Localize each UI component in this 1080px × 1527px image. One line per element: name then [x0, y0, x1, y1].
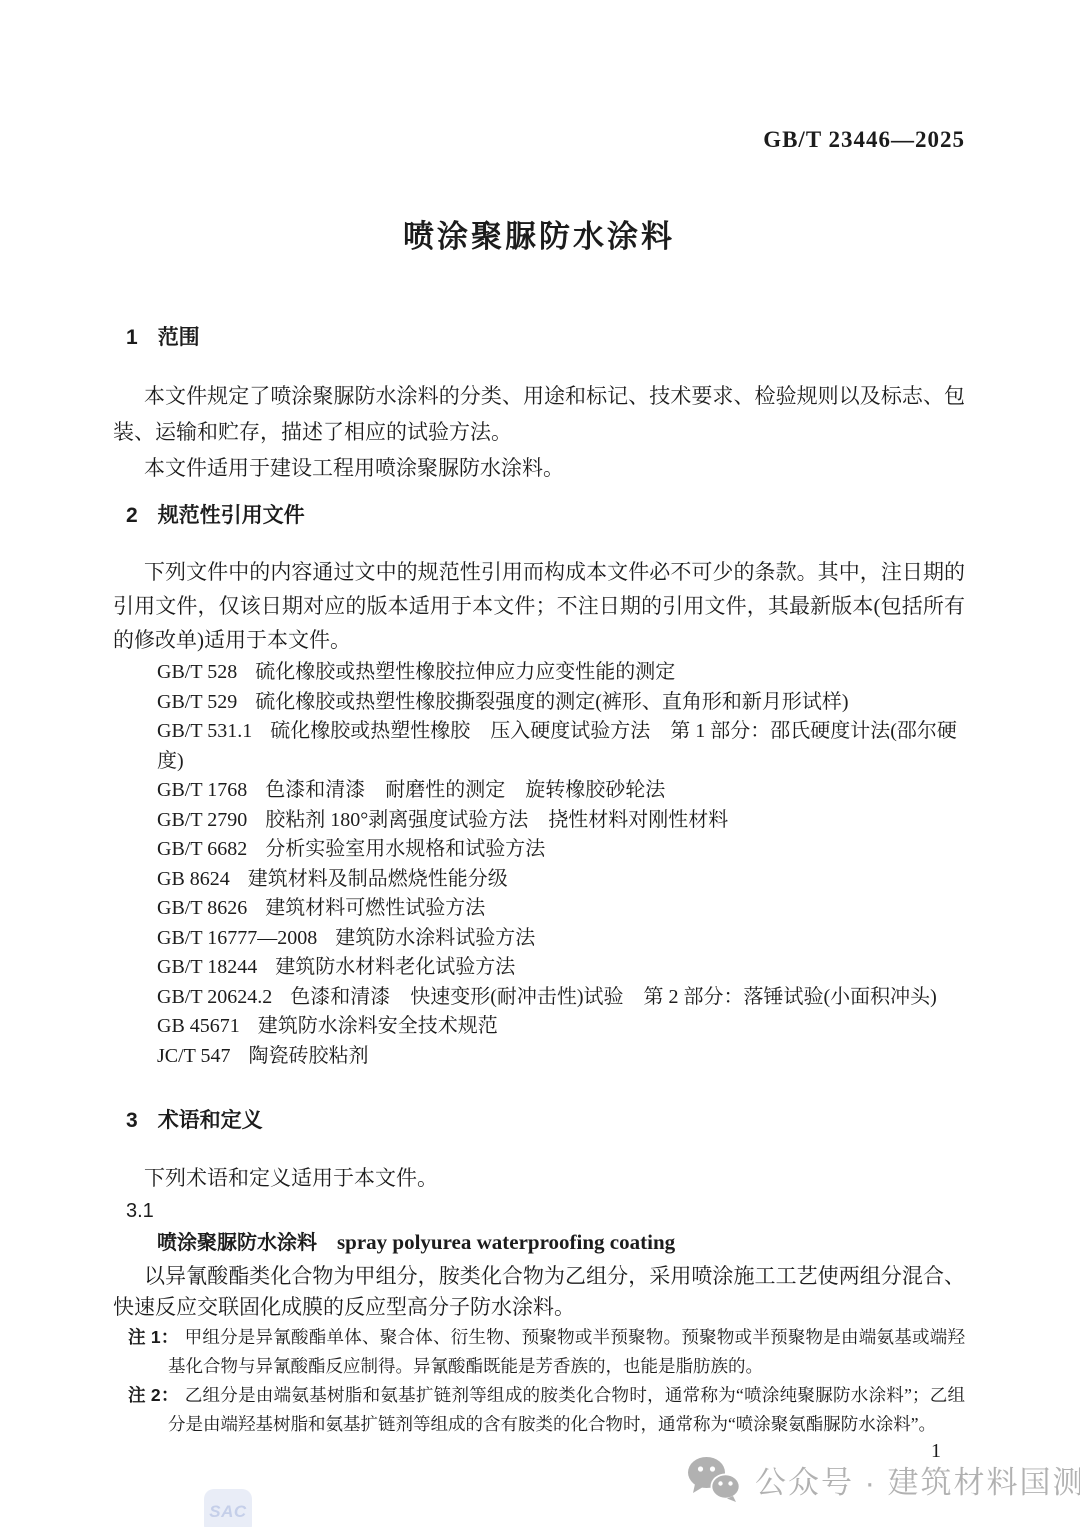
reference-item: JC/T 547陶瓷砖胶粘剂: [157, 1042, 965, 1072]
reference-item: GB 45671建筑防水涂料安全技术规范: [157, 1012, 965, 1042]
reference-item: GB/T 528硫化橡胶或热塑性橡胶拉伸应力应变性能的测定: [157, 658, 965, 688]
reference-code: GB/T 529: [157, 691, 237, 713]
note-label: 注 1：: [128, 1327, 179, 1347]
reference-title: 硫化橡胶或热塑性橡胶拉伸应力应变性能的测定: [255, 661, 675, 683]
note-text: 乙组分是由端氨基树脂和氨基扩链剂等组成的胺类化合物时，通常称为“喷涂纯聚脲防水涂…: [168, 1385, 965, 1434]
scope-paragraph-2: 本文件适用于建设工程用喷涂聚脲防水涂料。: [113, 450, 965, 486]
reference-title: 色漆和清漆 快速变形(耐冲击性)试验 第 2 部分：落锤试验(小面积冲头): [290, 986, 937, 1008]
reference-item: GB/T 18244建筑防水材料老化试验方法: [157, 953, 965, 983]
watermark-text: 公众号 · 建筑材料国测: [755, 1457, 1080, 1502]
reference-code: GB/T 531.1: [157, 720, 252, 742]
term-english: spray polyurea waterproofing coating: [337, 1230, 675, 1254]
sac-logo-text: SAC: [209, 1502, 246, 1522]
reference-code: GB/T 6682: [157, 838, 247, 860]
reference-title: 建筑材料及制品燃烧性能分级: [248, 868, 508, 890]
reference-title: 色漆和清漆 耐磨性的测定 旋转橡胶砂轮法: [265, 779, 665, 801]
note-text: 甲组分是异氰酸酯单体、聚合体、衍生物、预聚物或半预聚物。预聚物或半预聚物是由端氨…: [168, 1327, 965, 1376]
reference-title: 建筑防水材料老化试验方法: [275, 956, 515, 978]
reference-item: GB/T 529硫化橡胶或热塑性橡胶撕裂强度的测定(裤形、直角形和新月形试样): [157, 688, 965, 718]
reference-code: GB/T 528: [157, 661, 237, 683]
term-entry: 喷涂聚脲防水涂料spray polyurea waterproofing coa…: [157, 1226, 965, 1261]
section-heading-scope: 1范围: [126, 327, 965, 349]
scope-paragraph-1: 本文件规定了喷涂聚脲防水涂料的分类、用途和标记、技术要求、检验规则以及标志、包装…: [113, 378, 965, 450]
reference-title: 建筑防水涂料试验方法: [335, 927, 535, 949]
watermark: 公众号 · 建筑材料国测: [687, 1456, 1080, 1502]
document-content: GB/T 23446—2025 喷涂聚脲防水涂料 1范围 本文件规定了喷涂聚脲防…: [0, 128, 1080, 1463]
reference-item: GB/T 1768色漆和清漆 耐磨性的测定 旋转橡胶砂轮法: [157, 776, 965, 806]
note-item: 注 1：甲组分是异氰酸酯单体、聚合体、衍生物、预聚物或半预聚物。预聚物或半预聚物…: [128, 1323, 965, 1381]
reference-title: 陶瓷砖胶粘剂: [249, 1045, 369, 1067]
terms-intro-paragraph: 下列术语和定义适用于本文件。: [113, 1160, 965, 1196]
section-number: 3: [126, 1110, 138, 1132]
term-definition-paragraph: 以异氰酸酯类化合物为甲组分，胺类化合物为乙组分，采用喷涂施工工艺使两组分混合、快…: [113, 1261, 965, 1323]
reference-code: GB 45671: [157, 1015, 240, 1037]
references-intro-paragraph: 下列文件中的内容通过文中的规范性引用而构成本文件必不可少的条款。其中，注日期的引…: [113, 555, 965, 657]
standard-number: GB/T 23446—2025: [113, 128, 965, 151]
reference-code: GB/T 16777—2008: [157, 927, 317, 949]
note-label: 注 2：: [128, 1385, 179, 1405]
reference-item: GB/T 8626建筑材料可燃性试验方法: [157, 894, 965, 924]
reference-item: GB 8624建筑材料及制品燃烧性能分级: [157, 865, 965, 895]
reference-code: GB/T 1768: [157, 779, 247, 801]
reference-title: 建筑材料可燃性试验方法: [265, 897, 485, 919]
term-entry-number: 3.1: [126, 1196, 965, 1226]
reference-code: GB 8624: [157, 868, 230, 890]
reference-code: GB/T 18244: [157, 956, 257, 978]
reference-code: GB/T 20624.2: [157, 986, 272, 1008]
sac-logo: SAC: [204, 1489, 252, 1527]
section-title: 术语和定义: [158, 1109, 263, 1132]
reference-item: GB/T 6682分析实验室用水规格和试验方法: [157, 835, 965, 865]
reference-item: GB/T 16777—2008建筑防水涂料试验方法: [157, 924, 965, 954]
reference-code: JC/T 547: [157, 1045, 231, 1067]
reference-item: GB/T 20624.2色漆和清漆 快速变形(耐冲击性)试验 第 2 部分：落锤…: [157, 983, 965, 1013]
reference-item: GB/T 531.1硫化橡胶或热塑性橡胶 压入硬度试验方法 第 1 部分：邵氏硬…: [157, 717, 965, 776]
section-heading-terms-definitions: 3术语和定义: [126, 1110, 965, 1132]
section-number: 1: [126, 327, 138, 349]
notes-list: 注 1：甲组分是异氰酸酯单体、聚合体、衍生物、预聚物或半预聚物。预聚物或半预聚物…: [113, 1323, 965, 1439]
reference-code: GB/T 8626: [157, 897, 247, 919]
term-chinese: 喷涂聚脲防水涂料: [157, 1232, 317, 1254]
document-title: 喷涂聚脲防水涂料: [113, 219, 965, 255]
references-list: GB/T 528硫化橡胶或热塑性橡胶拉伸应力应变性能的测定 GB/T 529硫化…: [113, 658, 965, 1071]
reference-title: 分析实验室用水规格和试验方法: [265, 838, 545, 860]
reference-item: GB/T 2790胶粘剂 180°剥离强度试验方法 挠性材料对刚性材料: [157, 806, 965, 836]
note-item: 注 2：乙组分是由端氨基树脂和氨基扩链剂等组成的胺类化合物时，通常称为“喷涂纯聚…: [128, 1381, 965, 1439]
reference-title: 硫化橡胶或热塑性橡胶 压入硬度试验方法 第 1 部分：邵氏硬度计法(邵尔硬度): [157, 720, 957, 772]
section-title: 范围: [158, 326, 200, 349]
wechat-icon: [687, 1456, 741, 1502]
section-number: 2: [126, 505, 138, 527]
document-page: GB/T 23446—2025 喷涂聚脲防水涂料 1范围 本文件规定了喷涂聚脲防…: [0, 0, 1080, 1527]
reference-title: 建筑防水涂料安全技术规范: [258, 1015, 498, 1037]
section-heading-normative-references: 2规范性引用文件: [126, 505, 965, 527]
reference-code: GB/T 2790: [157, 809, 247, 831]
reference-title: 硫化橡胶或热塑性橡胶撕裂强度的测定(裤形、直角形和新月形试样): [255, 691, 848, 713]
reference-title: 胶粘剂 180°剥离强度试验方法 挠性材料对刚性材料: [265, 809, 728, 831]
section-title: 规范性引用文件: [158, 504, 305, 527]
